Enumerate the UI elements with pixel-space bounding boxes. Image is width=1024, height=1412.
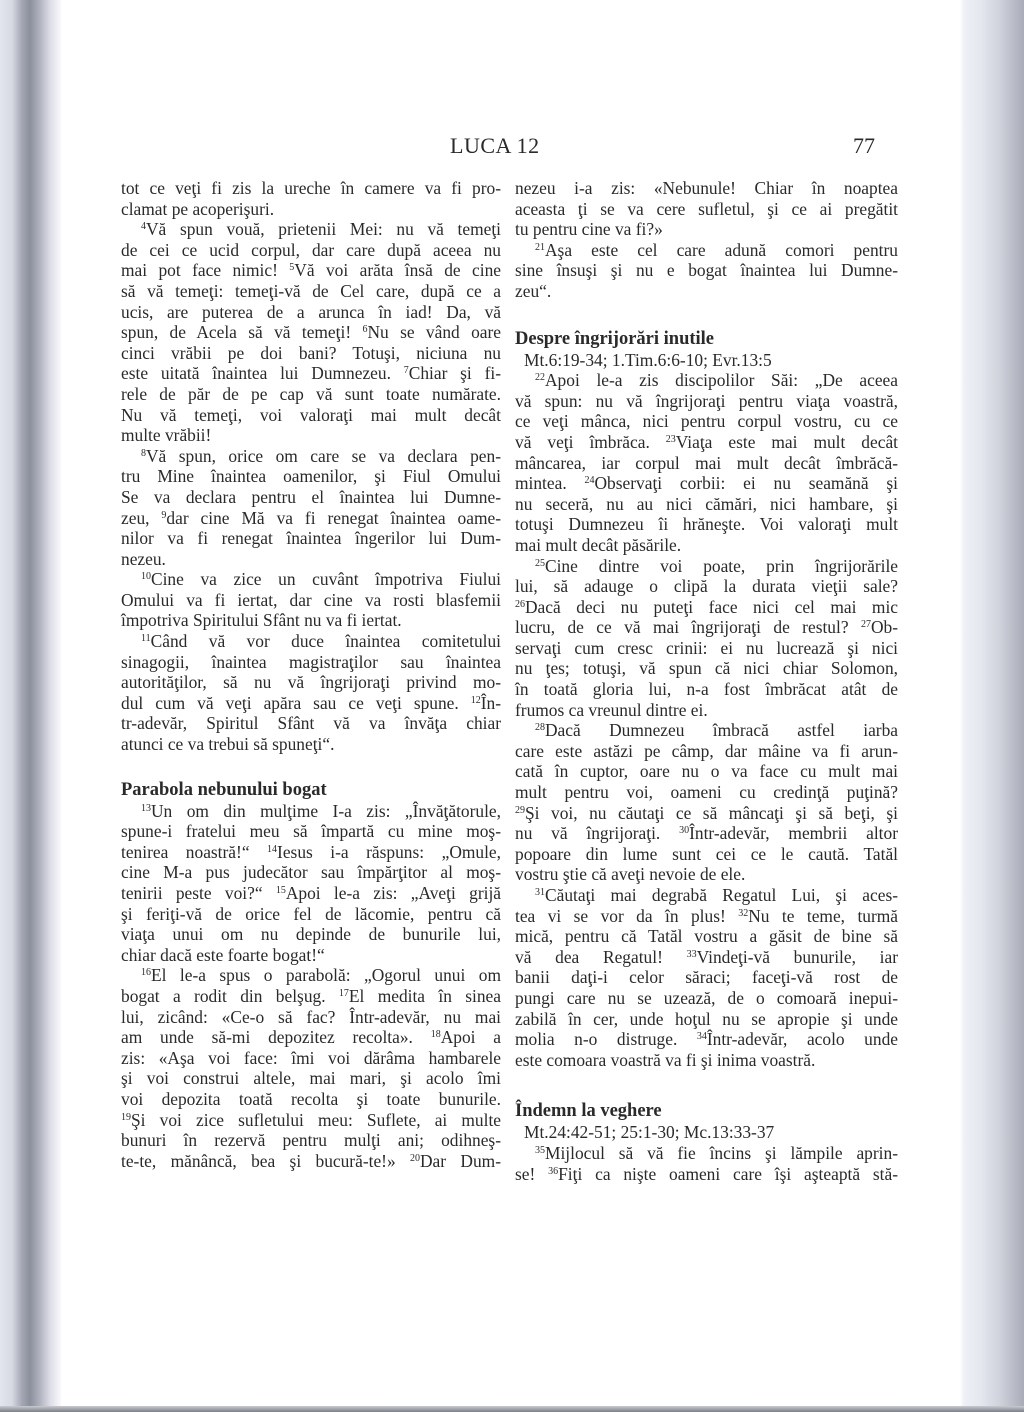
section-title-veghere: Îndemn la veghere	[515, 1100, 898, 1122]
verse-number: 16	[141, 967, 151, 978]
text-line: 22Apoi le-a zis discipolilor Săi: „De ac…	[515, 370, 898, 391]
verse-number: 8	[141, 448, 146, 459]
page-edge-shadow	[960, 0, 1024, 1412]
left-column-text: tot ce veţi fi zis la ureche în camere v…	[121, 178, 501, 755]
text-line: lui, zicând: «Ce-o să fac? Într-adevăr, …	[121, 1007, 501, 1028]
section-text-parabola: 13Un om din mulţime I-a zis: „Învăţătoru…	[121, 801, 501, 1172]
verse-number: 25	[535, 558, 545, 569]
text-line: frumos ca vreunul dintre ei.	[515, 700, 898, 721]
text-line: molia n-o distruge. 34Într-adevăr, acolo…	[515, 1029, 898, 1050]
text-line: 13Un om din mulţime I-a zis: „Învăţătoru…	[121, 801, 501, 822]
text-line: mai mult decât păsările.	[515, 535, 898, 556]
text-line: sine însuşi şi nu e bogat înaintea lui D…	[515, 260, 898, 281]
verse-number: 9	[161, 510, 166, 521]
text-line: voi depozita toată recolta şi toate bunu…	[121, 1089, 501, 1110]
page-bottom-edge	[0, 1406, 1024, 1412]
verse-number: 21	[535, 242, 545, 253]
verse-number: 12	[471, 695, 481, 706]
verse-number: 24	[585, 475, 595, 486]
text-line: 31Căutaţi mai degrabă Regatul Lui, şi ac…	[515, 885, 898, 906]
text-line: 28Dacă Dumnezeu îmbracă astfel iarba	[515, 720, 898, 741]
text-line: 26Dacă deci nu puteţi face nici cel mai …	[515, 597, 898, 618]
text-line: tu pentru cine va fi?»	[515, 219, 898, 240]
verse-number: 6	[362, 324, 367, 335]
text-line: 11Când vă vor duce înaintea comitetului	[121, 631, 501, 652]
text-line: zeu“.	[515, 281, 898, 302]
text-line: mult pentru voi, oameni cu credinţă puţi…	[515, 782, 898, 803]
verse-number: 15	[276, 885, 286, 896]
text-line: vă veţi îmbrăca. 23Viaţa este mai mult d…	[515, 432, 898, 453]
verse-number: 7	[404, 365, 409, 376]
text-line: tru Mine înaintea oamenilor, şi Fiul Omu…	[121, 466, 501, 487]
text-line: mâncarea, iar corpul mai mult decât îmbr…	[515, 453, 898, 474]
text-line: mintea. 24Observaţi corbii: ei nu seamăn…	[515, 473, 898, 494]
text-line: 10Cine va zice un cuvânt împotriva Fiulu…	[121, 569, 501, 590]
text-line: 19Şi voi zice sufletului meu: Suflete, a…	[121, 1110, 501, 1131]
text-line: nu vă îngrijoraţi. 30Într-adevăr, membri…	[515, 823, 898, 844]
text-line: ucis, are puterea de a arunca în iad! Da…	[121, 302, 501, 323]
cross-references: Mt.6:19-34; 1.Tim.6:6-10; Evr.13:5	[515, 350, 898, 371]
verse-number: 5	[289, 262, 294, 273]
verse-number: 23	[666, 434, 676, 445]
text-line: este comoara voastră va fi şi inima voas…	[515, 1050, 898, 1071]
text-line: tenirea noastră!“ 14Iesus i-a răspuns: „…	[121, 842, 501, 863]
verse-number: 27	[861, 619, 871, 630]
text-line: 25Cine dintre voi poate, prin îngrijorăr…	[515, 556, 898, 577]
text-line: tea vi se vor da în plus! 32Nu te teme, …	[515, 906, 898, 927]
text-line: nu ţes; totuşi, vă spun că nici chiar So…	[515, 658, 898, 679]
verse-number: 13	[141, 803, 151, 814]
text-line: servaţi cum cresc crinii: ei nu lucrează…	[515, 638, 898, 659]
text-line: de cei ce ucid corpul, dar care după ace…	[121, 240, 501, 261]
text-line: cine M-a pus judecător sau împărţitor al…	[121, 862, 501, 883]
verse-number: 19	[121, 1112, 131, 1123]
text-line: nu seceră, nu au nici cămări, nici hamba…	[515, 494, 898, 515]
text-line: atunci ce va trebui să spuneţi“.	[121, 734, 501, 755]
text-line: autorităţilor, să nu vă îngrijoraţi priv…	[121, 672, 501, 693]
verse-number: 22	[535, 372, 545, 383]
section-title-parabola: Parabola nebunului bogat	[121, 779, 501, 801]
verse-number: 35	[535, 1145, 545, 1156]
text-line: bunuri în rezervă pentru mulţi ani; odih…	[121, 1130, 501, 1151]
text-line: Omului va fi iertat, dar cine va rosti b…	[121, 590, 501, 611]
text-line: şi voi construi altele, mai mari, şi aco…	[121, 1068, 501, 1089]
section-text-ingrijorari: 22Apoi le-a zis discipolilor Săi: „De ac…	[515, 370, 898, 1070]
text-line: 8Vă spun, orice om care se va declara pe…	[121, 446, 501, 467]
text-line: cată în cuptor, oare nu o va face cu mul…	[515, 761, 898, 782]
text-line: 21Aşa este cel care adună comori pentru	[515, 240, 898, 261]
text-line: vă spun: nu vă îngrijoraţi pentru viaţa …	[515, 391, 898, 412]
verse-number: 17	[339, 988, 349, 999]
verse-number: 33	[687, 949, 697, 960]
text-line: ce veţi mânca, nici pentru corpul vostru…	[515, 411, 898, 432]
verse-number: 20	[410, 1153, 420, 1164]
text-line: popoare din lume sunt cei ce le caută. T…	[515, 844, 898, 865]
verse-number: 34	[697, 1031, 707, 1042]
verse-number: 30	[679, 825, 689, 836]
text-line: viaţa unui om nu depinde de bunurile lui…	[121, 924, 501, 945]
text-line: dul cum vă veţi apăra sau ce veţi spune.…	[121, 693, 501, 714]
verse-number: 29	[515, 805, 525, 816]
text-line: rele de păr de pe cap vă sunt toate numă…	[121, 384, 501, 405]
text-line: tenirii peste voi?“ 15Apoi le-a zis: „Av…	[121, 883, 501, 904]
text-line: Nu vă temeţi, voi valoraţi mai mult decâ…	[121, 405, 501, 426]
cross-references: Mt.24:42-51; 25:1-30; Mc.13:33-37	[515, 1122, 898, 1143]
left-column: tot ce veţi fi zis la ureche în camere v…	[121, 178, 501, 1171]
text-line: am unde să-mi depozitez recolta». 18Apoi…	[121, 1027, 501, 1048]
text-line: zis: «Aşa voi face: îmi voi dărâma hamba…	[121, 1048, 501, 1069]
running-title: LUCA 12	[450, 133, 540, 159]
running-header: LUCA 12 77	[110, 133, 875, 163]
text-line: lucru, de ce vă mai îngrijoraţi de restu…	[515, 617, 898, 638]
text-line: mică, pentru că Tatăl vostru a găsit de …	[515, 926, 898, 947]
text-line: spune-i fratelui meu să împartă cu mine …	[121, 821, 501, 842]
verse-number: 36	[548, 1166, 558, 1177]
text-line: multe vrăbii!	[121, 425, 501, 446]
section-text-veghere: 35Mijlocul să vă fie încins şi lămpile a…	[515, 1143, 898, 1184]
text-line: lui, să adauge o clipă la durata vieţii …	[515, 576, 898, 597]
text-line: şi feriţi-vă de orice fel de lăcomie, pe…	[121, 904, 501, 925]
text-line: aceasta ţi se va cere sufletul, şi ce ai…	[515, 199, 898, 220]
text-line: împotriva Spiritului Sfânt nu va fi iert…	[121, 610, 501, 631]
right-column-text: nezeu i-a zis: «Nebunule! Chiar în noapt…	[515, 178, 898, 302]
right-column: nezeu i-a zis: «Nebunule! Chiar în noapt…	[515, 178, 898, 1184]
verse-number: 18	[431, 1029, 441, 1040]
text-line: nezeu i-a zis: «Nebunule! Chiar în noapt…	[515, 178, 898, 199]
text-line: vă dea Regatul! 33Vindeţi-vă bunurile, i…	[515, 947, 898, 968]
text-line: mai pot face nimic! 5Vă voi arăta însă d…	[121, 260, 501, 281]
verse-number: 11	[141, 633, 151, 644]
text-line: cinci vrăbii pe doi bani? Totuşi, niciun…	[121, 343, 501, 364]
text-line: nezeu.	[121, 549, 501, 570]
text-line: sinagogii, înaintea magistraţilor sau în…	[121, 652, 501, 673]
verse-number: 4	[141, 221, 146, 232]
verse-number: 26	[515, 599, 525, 610]
text-line: 4Vă spun vouă, prietenii Mei: nu vă teme…	[121, 219, 501, 240]
verse-number: 10	[141, 571, 151, 582]
text-line: 16El le-a spus o parabolă: „Ogorul unui …	[121, 965, 501, 986]
text-line: Se va declara pentru el înaintea lui Dum…	[121, 487, 501, 508]
page-number: 77	[853, 133, 875, 159]
text-line: totuşi Dumnezeu îi hrăneşte. Voi valoraţ…	[515, 514, 898, 535]
section-title-ingrijorari: Despre îngrijorări inutile	[515, 328, 898, 350]
text-line: te-te, mănâncă, bea şi bucură-te!» 20Dar…	[121, 1151, 501, 1172]
text-line: 35Mijlocul să vă fie încins şi lămpile a…	[515, 1143, 898, 1164]
text-line: bogat a rodit din belşug. 17El medita în…	[121, 986, 501, 1007]
text-line: în toată gloria lui, n-a fost îmbrăcat a…	[515, 679, 898, 700]
text-line: clamat pe acoperişuri.	[121, 199, 501, 220]
text-line: pungi care nu se uzează, de o comoară in…	[515, 988, 898, 1009]
text-line: nilor va fi renegat înaintea îngerilor l…	[121, 528, 501, 549]
verse-number: 32	[738, 908, 748, 919]
text-line: tot ce veţi fi zis la ureche în camere v…	[121, 178, 501, 199]
text-line: zeu, 9dar cine Mă va fi renegat înaintea…	[121, 508, 501, 529]
verse-number: 28	[535, 722, 545, 733]
text-line: chiar dacă este foarte bogat!“	[121, 945, 501, 966]
text-line: este uitată înaintea lui Dumnezeu. 7Chia…	[121, 363, 501, 384]
text-line: 29Şi voi, nu căutaţi ce să mâncaţi şi să…	[515, 803, 898, 824]
page-binding-shadow	[0, 0, 62, 1412]
text-line: care este astăzi pe câmp, dar mâine va f…	[515, 741, 898, 762]
text-line: zabilă în cer, unde hoţul nu se apropie …	[515, 1009, 898, 1030]
text-line: spun, de Acela să vă temeţi! 6Nu se vând…	[121, 322, 501, 343]
text-line: vostru ştie că aveţi nevoie de ele.	[515, 864, 898, 885]
text-line: să vă temeţi: temeţi-vă de Cel care, dup…	[121, 281, 501, 302]
text-line: se! 36Fiţi ca nişte oameni care îşi aşte…	[515, 1164, 898, 1185]
text-line: tr-adevăr, Spiritul Sfânt vă va învăţa c…	[121, 713, 501, 734]
verse-number: 31	[535, 887, 545, 898]
text-line: banii daţi-i celor săraci; faceţi-vă ros…	[515, 967, 898, 988]
verse-number: 14	[267, 844, 277, 855]
